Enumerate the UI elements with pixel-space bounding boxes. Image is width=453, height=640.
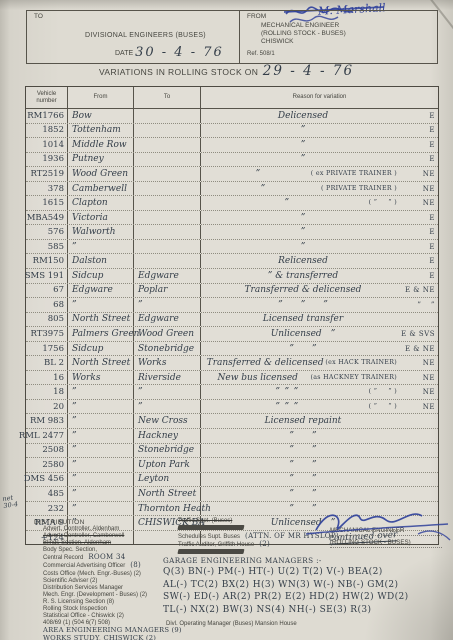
status-code: NE xyxy=(401,198,435,208)
from-cell: North Street xyxy=(68,313,134,327)
table-row: MBA549Victoria”E xyxy=(26,211,438,226)
reason-cell: RelicensedE xyxy=(201,254,438,268)
from-cell: Walworth xyxy=(68,225,134,239)
reason-cell: ”( ” ” )NE xyxy=(201,196,438,210)
reason-cell: ”E xyxy=(201,153,438,167)
signoff-line-1: MECHANICAL ENGINEER xyxy=(330,527,442,536)
operating-manager-line: Divl. Operating Manager (Buses) Mansion … xyxy=(166,621,297,627)
to-cell: Hackney xyxy=(134,429,201,443)
table-row: RT3975Palmers GreenWood GreenUnlicensed … xyxy=(26,327,438,342)
to-cell: North Street xyxy=(134,487,201,501)
reason-cell: Licensed transfer xyxy=(201,313,438,327)
to-cell: Leyton xyxy=(134,473,201,487)
margin-note-line2: 30-4 xyxy=(3,501,18,510)
from-label: FROM xyxy=(247,13,266,20)
to-cell: Thornton Heath xyxy=(134,502,201,516)
vehicle-number-cell: 2508 xyxy=(26,444,68,458)
vehicle-number-cell: MBA549 xyxy=(26,211,68,225)
table-row: 585””E xyxy=(26,240,438,255)
reason-cell: ” ”E & NE xyxy=(201,342,438,356)
sender-line-3: CHISWICK xyxy=(261,38,294,45)
vehicle-number-cell: 805 xyxy=(26,313,68,327)
status-code: E & NE xyxy=(401,344,435,354)
vehicle-number-cell: 1615 xyxy=(26,196,68,210)
reason-cell: ” & transferredE xyxy=(201,269,438,283)
distribution-item: Advert. Controller, Camberwell xyxy=(34,533,184,540)
distribution-block: DISTRIBUTION Advert. Controller, Aldenha… xyxy=(34,519,184,640)
col-header-reason: Reason for variation xyxy=(201,87,438,108)
table-row: 2580”Upton Park” ” xyxy=(26,458,438,473)
table-row: 2508”Stonebridge” ” xyxy=(26,444,438,459)
reason-text: New bus licensed xyxy=(205,373,310,383)
vehicle-number-cell: SMS 191 xyxy=(26,269,68,283)
from-cell: ” xyxy=(68,414,134,428)
distribution-item: Statistical Office - Chiswick (2) xyxy=(34,613,184,620)
vehicle-number-cell: 20 xyxy=(26,400,68,414)
reason-cell: Unlicensed ”E & SVS xyxy=(201,327,438,341)
from-cell: Bow xyxy=(68,109,134,123)
to-cell: ” xyxy=(134,385,201,399)
scanned-document: M. Marshall TO DIVISIONAL ENGINEERS (BUS… xyxy=(0,0,453,640)
reason-cell: ” ” ”( ” ” )NE xyxy=(201,400,438,414)
reason-text: ” ” ” xyxy=(205,300,401,310)
vehicle-number-cell: RML 2477 xyxy=(26,429,68,443)
reason-text: Transferred & delicensed xyxy=(205,358,325,368)
reason-text: ” xyxy=(205,125,401,135)
to-cell: Poplar xyxy=(134,284,201,298)
traffic-text: Schedules Supt. Buses xyxy=(178,534,240,540)
table-row: 16WorksRiversideNew bus licensed(as HACK… xyxy=(26,371,438,386)
reason-text: ” xyxy=(205,213,401,223)
status-code: E & SVS xyxy=(401,329,435,339)
distribution-item: Central RecordROOM 34 xyxy=(34,554,184,562)
from-cell: North Street xyxy=(68,356,134,370)
distribution-text: R. S. Licensing Section (8) xyxy=(43,599,114,605)
reason-cell: ” ” xyxy=(201,458,438,472)
to-label: TO xyxy=(34,13,43,20)
table-row: RM150DalstonRelicensedE xyxy=(26,254,438,269)
to-cell xyxy=(134,124,201,138)
to-cell: Upton Park xyxy=(134,458,201,472)
to-cell: Edgware xyxy=(134,313,201,327)
distribution-text: Commercial Advertising Officer xyxy=(43,563,125,569)
reason-note: (as HACKNEY TRAINER) xyxy=(310,373,397,383)
table-row: 1852Tottenham”E xyxy=(26,124,438,139)
distribution-text: Rolling Stock Inspection xyxy=(43,606,107,612)
reason-cell: Transferred & delicensedE & NE xyxy=(201,284,438,298)
table-row: 1756SidcupStonebridge” ”E & NE xyxy=(26,342,438,357)
reason-text: ” ” xyxy=(205,445,401,455)
distribution-text: 408/69 (1) (504 6(7) 508) xyxy=(43,620,110,626)
table-row: 20””” ” ”( ” ” )NE xyxy=(26,400,438,415)
reason-cell: ”E xyxy=(201,138,438,152)
from-cell: Edgware xyxy=(68,284,134,298)
reason-cell: ”E xyxy=(201,225,438,239)
title-date: 29 - 4 - 76 xyxy=(263,63,354,79)
vehicle-number-cell: 1936 xyxy=(26,153,68,167)
vehicle-number-cell: 1014 xyxy=(26,138,68,152)
date-value: 30 - 4 - 76 xyxy=(135,45,224,60)
reason-text: ” xyxy=(205,227,401,237)
col-header-from: From xyxy=(68,87,134,108)
to-cell: Riverside xyxy=(134,371,201,385)
garage-managers-block: GARAGE ENGINEERING MANAGERS :- Q(3) BN(-… xyxy=(163,556,448,616)
distribution-item: Scientific Adviser (2) xyxy=(34,578,184,585)
date-label: DATE xyxy=(115,50,133,57)
distribution-text: Advert. Controller, Aldenham xyxy=(43,526,119,532)
garage-managers-line: Q(3) BN(-) PM(-) HT(-) U(2) T(2) V(-) BE… xyxy=(163,566,448,579)
to-cell xyxy=(134,153,201,167)
distribution-item: Commercial Advertising Officer(8) xyxy=(34,562,184,570)
from-cell: Works xyxy=(68,371,134,385)
reason-cell: ” ” xyxy=(201,502,438,516)
table-row: RML 2477”Hackney” ” xyxy=(26,429,438,444)
reason-cell: Transferred & delicensed(ex HACK TRAINER… xyxy=(201,356,438,370)
vehicle-number-cell: RT3975 xyxy=(26,327,68,341)
to-cell xyxy=(134,225,201,239)
status-code: E xyxy=(401,140,435,150)
to-cell: New Cross xyxy=(134,414,201,428)
reason-cell: ”E xyxy=(201,124,438,138)
header-to-cell: TO DIVISIONAL ENGINEERS (BUSES) DATE 30 … xyxy=(27,11,240,63)
to-cell xyxy=(134,254,201,268)
status-code: E xyxy=(401,242,435,252)
status-code: E xyxy=(401,111,435,121)
reason-text: Unlicensed ” xyxy=(205,329,401,339)
sender-line-1: MECHANICAL ENGINEER xyxy=(261,22,339,29)
from-cell: Clapton xyxy=(68,196,134,210)
distribution-item: R. S. Licensing Section (8) xyxy=(34,599,184,606)
document-title: VARIATIONS IN ROLLING STOCK ON 29 - 4 - … xyxy=(0,62,453,80)
vehicle-number-cell: 1852 xyxy=(26,124,68,138)
reason-text: ” xyxy=(205,184,321,194)
reason-text: ” ” xyxy=(205,431,401,441)
table-row: RT2519Wood Green”( ex PRIVATE TRAINER )N… xyxy=(26,167,438,182)
to-cell xyxy=(134,167,201,181)
reason-cell: Licensed repaint xyxy=(201,414,438,428)
distribution-text: Central Record xyxy=(43,555,83,561)
garage-managers-line: SW(-) ED(-) AR(2) PR(2) E(2) HD(2) HW(2)… xyxy=(163,591,448,604)
reason-text: Relicensed xyxy=(205,256,401,266)
vehicle-number-cell: RM 983 xyxy=(26,414,68,428)
redacted-line xyxy=(178,549,245,554)
vehicle-number-cell: BL 2 xyxy=(26,356,68,370)
reason-cell: ” ” ”( ” ” )NE xyxy=(201,385,438,399)
vehicle-number-cell: RM150 xyxy=(26,254,68,268)
vehicle-number-cell: 232 xyxy=(26,502,68,516)
garage-managers-line: AL(-) TC(2) BX(2) H(3) WN(3) W(-) NB(-) … xyxy=(163,579,448,592)
reference-number: Ref. 508/1 xyxy=(247,51,275,57)
status-code: E & NE xyxy=(401,285,435,295)
reason-cell: ” ” ”” ” xyxy=(201,298,438,312)
reason-note: (ex HACK TRAINER) xyxy=(325,358,397,368)
to-cell xyxy=(134,240,201,254)
distribution-item: Blinds Section, Aldenham xyxy=(34,540,184,547)
table-row: 1014Middle Row”E xyxy=(26,138,438,153)
distribution-title: DISTRIBUTION xyxy=(34,519,184,526)
reason-text: ” xyxy=(205,198,369,208)
handwritten-distribution-entry: AREA ENGINEERING MANAGERS (9) xyxy=(43,626,182,634)
to-cell: Stonebridge xyxy=(134,444,201,458)
status-code: NE xyxy=(401,358,435,368)
traffic-text: Traffic Auditor, Griffith House xyxy=(178,542,254,548)
reason-text: ” ” ” xyxy=(205,402,369,412)
table-row: 576Walworth”E xyxy=(26,225,438,240)
reason-text: ” ” ” xyxy=(205,387,369,397)
reason-text: ” xyxy=(205,154,401,164)
from-cell: ” xyxy=(68,502,134,516)
vehicle-number-cell: 67 xyxy=(26,284,68,298)
reason-cell: ” ” xyxy=(201,473,438,487)
table-body: RM1766BowDelicensedE1852Tottenham”E1014M… xyxy=(26,109,438,544)
from-cell: ” xyxy=(68,400,134,414)
from-cell: ” xyxy=(68,458,134,472)
table-row: 1615Clapton”( ” ” )NE xyxy=(26,196,438,211)
table-row: DMS 456”Leyton” ” xyxy=(26,473,438,488)
vehicle-number-cell: 16 xyxy=(26,371,68,385)
reason-cell: ”( ex PRIVATE TRAINER )NE xyxy=(201,167,438,181)
to-cell: Edgware xyxy=(134,269,201,283)
from-cell: Tottenham xyxy=(68,124,134,138)
to-cell: ” xyxy=(134,400,201,414)
col-header-to: To xyxy=(134,87,201,108)
vehicle-number-cell: 68 xyxy=(26,298,68,312)
reason-text: Licensed repaint xyxy=(205,416,401,426)
distribution-item: Advert. Controller, Aldenham xyxy=(34,526,184,533)
distribution-text: Costs Office (Mech. Engr.-Buses) (2) xyxy=(43,571,141,577)
reason-cell: ”E xyxy=(201,211,438,225)
reason-note: ( ” ” ) xyxy=(369,387,397,397)
from-cell: ” xyxy=(68,240,134,254)
from-cell: ” xyxy=(68,429,134,443)
table-row: BL 2North StreetWorksTransferred & delic… xyxy=(26,356,438,371)
vehicle-number-cell: DMS 456 xyxy=(26,473,68,487)
to-cell xyxy=(134,182,201,196)
table-row: 18””” ” ”( ” ” )NE xyxy=(26,385,438,400)
status-code: E xyxy=(401,154,435,164)
to-cell: ” xyxy=(134,298,201,312)
reason-cell: ” ” xyxy=(201,429,438,443)
distribution-item: Mech. Engr. (Development - Buses) (2) xyxy=(34,592,184,599)
status-code: E xyxy=(401,213,435,223)
reason-cell: New bus licensed(as HACKNEY TRAINER)NE xyxy=(201,371,438,385)
from-cell: Putney xyxy=(68,153,134,167)
garage-managers-lines: Q(3) BN(-) PM(-) HT(-) U(2) T(2) V(-) BE… xyxy=(163,566,448,616)
status-code: NE xyxy=(401,373,435,383)
distribution-item: Distribution Services Manager xyxy=(34,585,184,592)
from-cell: Victoria xyxy=(68,211,134,225)
reason-text: ” xyxy=(205,140,401,150)
distribution-item: Costs Office (Mech. Engr.-Buses) (2) xyxy=(34,571,184,578)
handwritten-distribution-entry: WORKS STUDY, CHISWICK (2) xyxy=(43,634,156,640)
from-cell: Wood Green xyxy=(68,167,134,181)
from-cell: Palmers Green xyxy=(68,327,134,341)
reason-text: Delicensed xyxy=(205,111,401,121)
to-cell: Wood Green xyxy=(134,327,201,341)
reason-note: ( ” ” ) xyxy=(369,402,397,412)
status-code: NE xyxy=(401,402,435,412)
status-code: E xyxy=(401,125,435,135)
distribution-text: Scientific Adviser (2) xyxy=(43,578,97,584)
vehicle-number-cell: 576 xyxy=(26,225,68,239)
table-row: 378Camberwell”( PRIVATE TRAINER )NE xyxy=(26,182,438,197)
status-code: E xyxy=(401,271,435,281)
reason-text: ” ” xyxy=(205,460,401,470)
reason-text: ” & transferred xyxy=(205,271,401,281)
status-code: NE xyxy=(401,184,435,194)
vehicle-number-cell: 485 xyxy=(26,487,68,501)
table-row: 485”North Street” ” xyxy=(26,487,438,502)
vehicle-number-cell: 1756 xyxy=(26,342,68,356)
from-cell: Sidcup xyxy=(68,342,134,356)
reason-note: ( ex PRIVATE TRAINER ) xyxy=(311,169,397,179)
vehicle-number-cell: RM1766 xyxy=(26,109,68,123)
reason-cell: ” ” xyxy=(201,444,438,458)
vehicle-number-cell: 585 xyxy=(26,240,68,254)
header-box: TO DIVISIONAL ENGINEERS (BUSES) DATE 30 … xyxy=(26,10,438,64)
from-cell: ” xyxy=(68,487,134,501)
table-row: 805North StreetEdgwareLicensed transfer xyxy=(26,313,438,328)
reason-text: ” ” xyxy=(205,474,401,484)
garage-managers-line: TL(-) NX(2) BW(3) NS(4) NH(-) SE(3) R(3) xyxy=(163,604,448,617)
vehicle-number-cell: 378 xyxy=(26,182,68,196)
table-row: 68””” ” ”” ” xyxy=(26,298,438,313)
from-cell: ” xyxy=(68,385,134,399)
signoff-block: MECHANICAL ENGINEER (ROLLING STOCK - BUS… xyxy=(330,527,442,551)
reason-text: Transferred & delicensed xyxy=(205,285,401,295)
table-row: 67EdgwarePoplarTransferred & delicensedE… xyxy=(26,284,438,299)
from-cell: Camberwell xyxy=(68,182,134,196)
table-row: RM1766BowDelicensedE xyxy=(26,109,438,124)
recipient-name: DIVISIONAL ENGINEERS (BUSES) xyxy=(85,32,206,39)
signoff-line-2: (ROLLING STOCK - BUSES) xyxy=(330,539,442,548)
variations-table: Vehicle number From To Reason for variat… xyxy=(25,86,439,545)
table-row: SMS 191SidcupEdgware” & transferredE xyxy=(26,269,438,284)
status-code: NE xyxy=(401,387,435,397)
reason-note: ( ” ” ) xyxy=(369,198,397,208)
to-cell xyxy=(134,196,201,210)
col-header-vehicle-number: Vehicle number xyxy=(26,87,68,108)
date-line: DATE 30 - 4 - 76 xyxy=(115,44,224,59)
status-code: ” ” xyxy=(401,300,435,310)
to-cell xyxy=(134,109,201,123)
traffic-text: Traffic Supt. (Buses) xyxy=(178,518,232,524)
reason-cell: ” ” xyxy=(201,487,438,501)
distribution-item: WORKS STUDY, CHISWICK (2) xyxy=(34,635,184,640)
redacted-line xyxy=(178,525,245,530)
distribution-text: Advert. Controller, Camberwell xyxy=(43,533,124,539)
handwritten-annotation: ROOM 34 xyxy=(88,553,125,561)
status-code: NE xyxy=(401,169,435,179)
to-cell: Works xyxy=(134,356,201,370)
vehicle-number-cell: 2580 xyxy=(26,458,68,472)
table-header-row: Vehicle number From To Reason for variat… xyxy=(26,87,438,109)
reason-note: ( PRIVATE TRAINER ) xyxy=(321,184,397,194)
reason-text: ” xyxy=(205,169,311,179)
status-code: E xyxy=(401,256,435,266)
reason-text: ” xyxy=(205,242,401,252)
reason-text: Licensed transfer xyxy=(205,314,401,324)
table-row: 1936Putney”E xyxy=(26,153,438,168)
reason-cell: DelicensedE xyxy=(201,109,438,123)
to-cell: Stonebridge xyxy=(134,342,201,356)
from-cell: ” xyxy=(68,473,134,487)
garage-managers-title: GARAGE ENGINEERING MANAGERS :- xyxy=(163,556,448,565)
traffic-item: Traffic Auditor, Griffith House(2) xyxy=(178,541,353,549)
reason-cell: ”( PRIVATE TRAINER )NE xyxy=(201,182,438,196)
traffic-block: Traffic Supt. (Buses)Schedules Supt. Bus… xyxy=(178,518,353,556)
reason-cell: ”E xyxy=(201,240,438,254)
reason-text: ” ” xyxy=(205,504,401,514)
from-cell: Sidcup xyxy=(68,269,134,283)
vehicle-number-cell: RT2519 xyxy=(26,167,68,181)
from-cell: Dalston xyxy=(68,254,134,268)
table-row: 232”Thornton Heath” ” xyxy=(26,502,438,517)
distribution-text: Blinds Section, Aldenham xyxy=(43,540,111,546)
vehicle-number-cell: 18 xyxy=(26,385,68,399)
status-code: E xyxy=(401,227,435,237)
distribution-list: Advert. Controller, AldenhamAdvert. Cont… xyxy=(34,526,184,640)
handwritten-annotation: (2) xyxy=(259,540,270,548)
distribution-item: Rolling Stock Inspection xyxy=(34,606,184,613)
sender-line-2: (ROLLING STOCK - BUSES) xyxy=(261,30,346,37)
margin-note: net 30-4 xyxy=(2,494,18,510)
header-from-cell: FROM MECHANICAL ENGINEER (ROLLING STOCK … xyxy=(239,11,437,63)
title-text: VARIATIONS IN ROLLING STOCK ON xyxy=(99,67,258,77)
distribution-text: Distribution Services Manager xyxy=(43,585,123,591)
to-cell xyxy=(134,138,201,152)
handwritten-annotation: (ATTN. OF MR HYSLOP) xyxy=(245,532,339,540)
from-cell: ” xyxy=(68,444,134,458)
distribution-text: Body Spec. Section, xyxy=(43,547,97,553)
reason-text: ” ” xyxy=(205,489,401,499)
table-row: RM 983”New CrossLicensed repaint xyxy=(26,414,438,429)
to-cell xyxy=(134,211,201,225)
from-cell: Middle Row xyxy=(68,138,134,152)
from-cell: ” xyxy=(68,298,134,312)
distribution-text: Statistical Office - Chiswick (2) xyxy=(43,613,124,619)
distribution-text: Mech. Engr. (Development - Buses) (2) xyxy=(43,592,147,598)
handwritten-annotation: (8) xyxy=(130,561,141,569)
reason-text: ” ” xyxy=(205,344,401,354)
